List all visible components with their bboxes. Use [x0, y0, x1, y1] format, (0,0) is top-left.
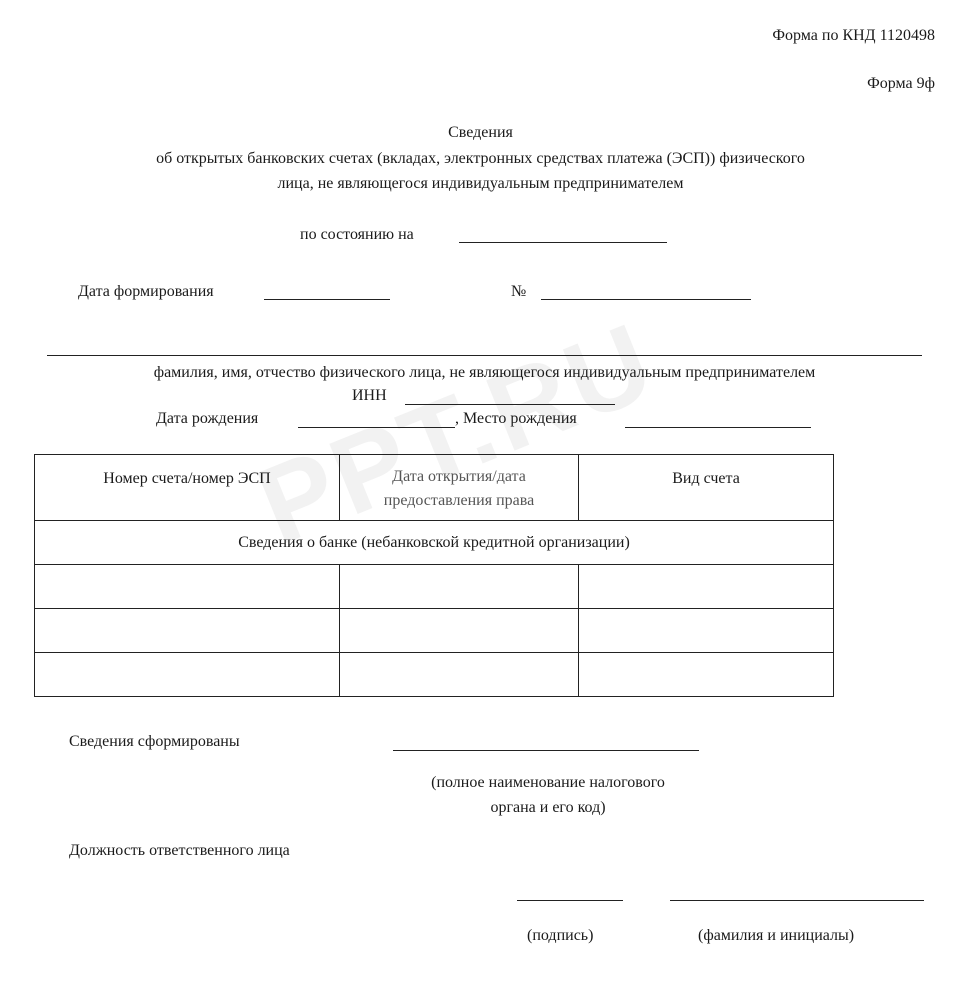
number-field[interactable]	[541, 299, 751, 300]
column-header-open-date: Дата открытия/дата предоставления права	[340, 455, 579, 521]
date-formed-label: Дата формирования	[78, 283, 214, 301]
birthdate-field[interactable]	[298, 427, 455, 428]
table-cell[interactable]	[579, 609, 834, 653]
tax-authority-caption-line1: (полное наименование налогового	[393, 774, 703, 792]
bank-info-header: Сведения о банке (небанковской кредитной…	[35, 521, 834, 565]
table-cell[interactable]	[340, 653, 579, 697]
inn-field[interactable]	[405, 404, 615, 405]
fio-field[interactable]	[47, 355, 922, 356]
signature-caption: (подпись)	[527, 927, 593, 945]
table-row	[35, 565, 834, 609]
accounts-table: Номер счета/номер ЭСП Дата открытия/дата…	[34, 454, 834, 697]
as-of-label: по состоянию на	[300, 226, 414, 244]
table-cell[interactable]	[35, 653, 340, 697]
document-subtitle-line2: лица, не являющегося индивидуальным пред…	[0, 175, 961, 193]
date-formed-field[interactable]	[264, 299, 390, 300]
table-row	[35, 609, 834, 653]
document-title: Сведения	[0, 124, 961, 142]
birthplace-label: , Место рождения	[455, 410, 577, 428]
column-header-account-type: Вид счета	[579, 455, 834, 521]
document-subtitle-line1: об открытых банковских счетах (вкладах, …	[0, 150, 961, 168]
table-cell[interactable]	[35, 609, 340, 653]
table-cell[interactable]	[340, 609, 579, 653]
bank-info-row: Сведения о банке (небанковской кредитной…	[35, 521, 834, 565]
tax-authority-field[interactable]	[393, 750, 699, 751]
table-row	[35, 653, 834, 697]
number-label: №	[511, 283, 526, 301]
formed-by-label: Сведения сформированы	[69, 733, 240, 751]
table-cell[interactable]	[340, 565, 579, 609]
inn-label: ИНН	[352, 387, 387, 405]
tax-authority-caption-line2: органа и его код)	[393, 799, 703, 817]
form-knd-code: Форма по КНД 1120498	[772, 27, 935, 45]
table-header-row: Номер счета/номер ЭСП Дата открытия/дата…	[35, 455, 834, 521]
signature-field[interactable]	[517, 900, 623, 901]
table-cell[interactable]	[579, 653, 834, 697]
table-cell[interactable]	[579, 565, 834, 609]
table-cell[interactable]	[35, 565, 340, 609]
column-header-account-number: Номер счета/номер ЭСП	[35, 455, 340, 521]
name-initials-field[interactable]	[670, 900, 924, 901]
birthplace-field[interactable]	[625, 427, 811, 428]
fio-caption: фамилия, имя, отчество физического лица,…	[47, 364, 922, 382]
form-number: Форма 9ф	[867, 75, 935, 93]
name-initials-caption: (фамилия и инициалы)	[698, 927, 854, 945]
as-of-date-field[interactable]	[459, 242, 667, 243]
birthdate-label: Дата рождения	[156, 410, 258, 428]
responsible-position-label: Должность ответственного лица	[69, 842, 290, 860]
